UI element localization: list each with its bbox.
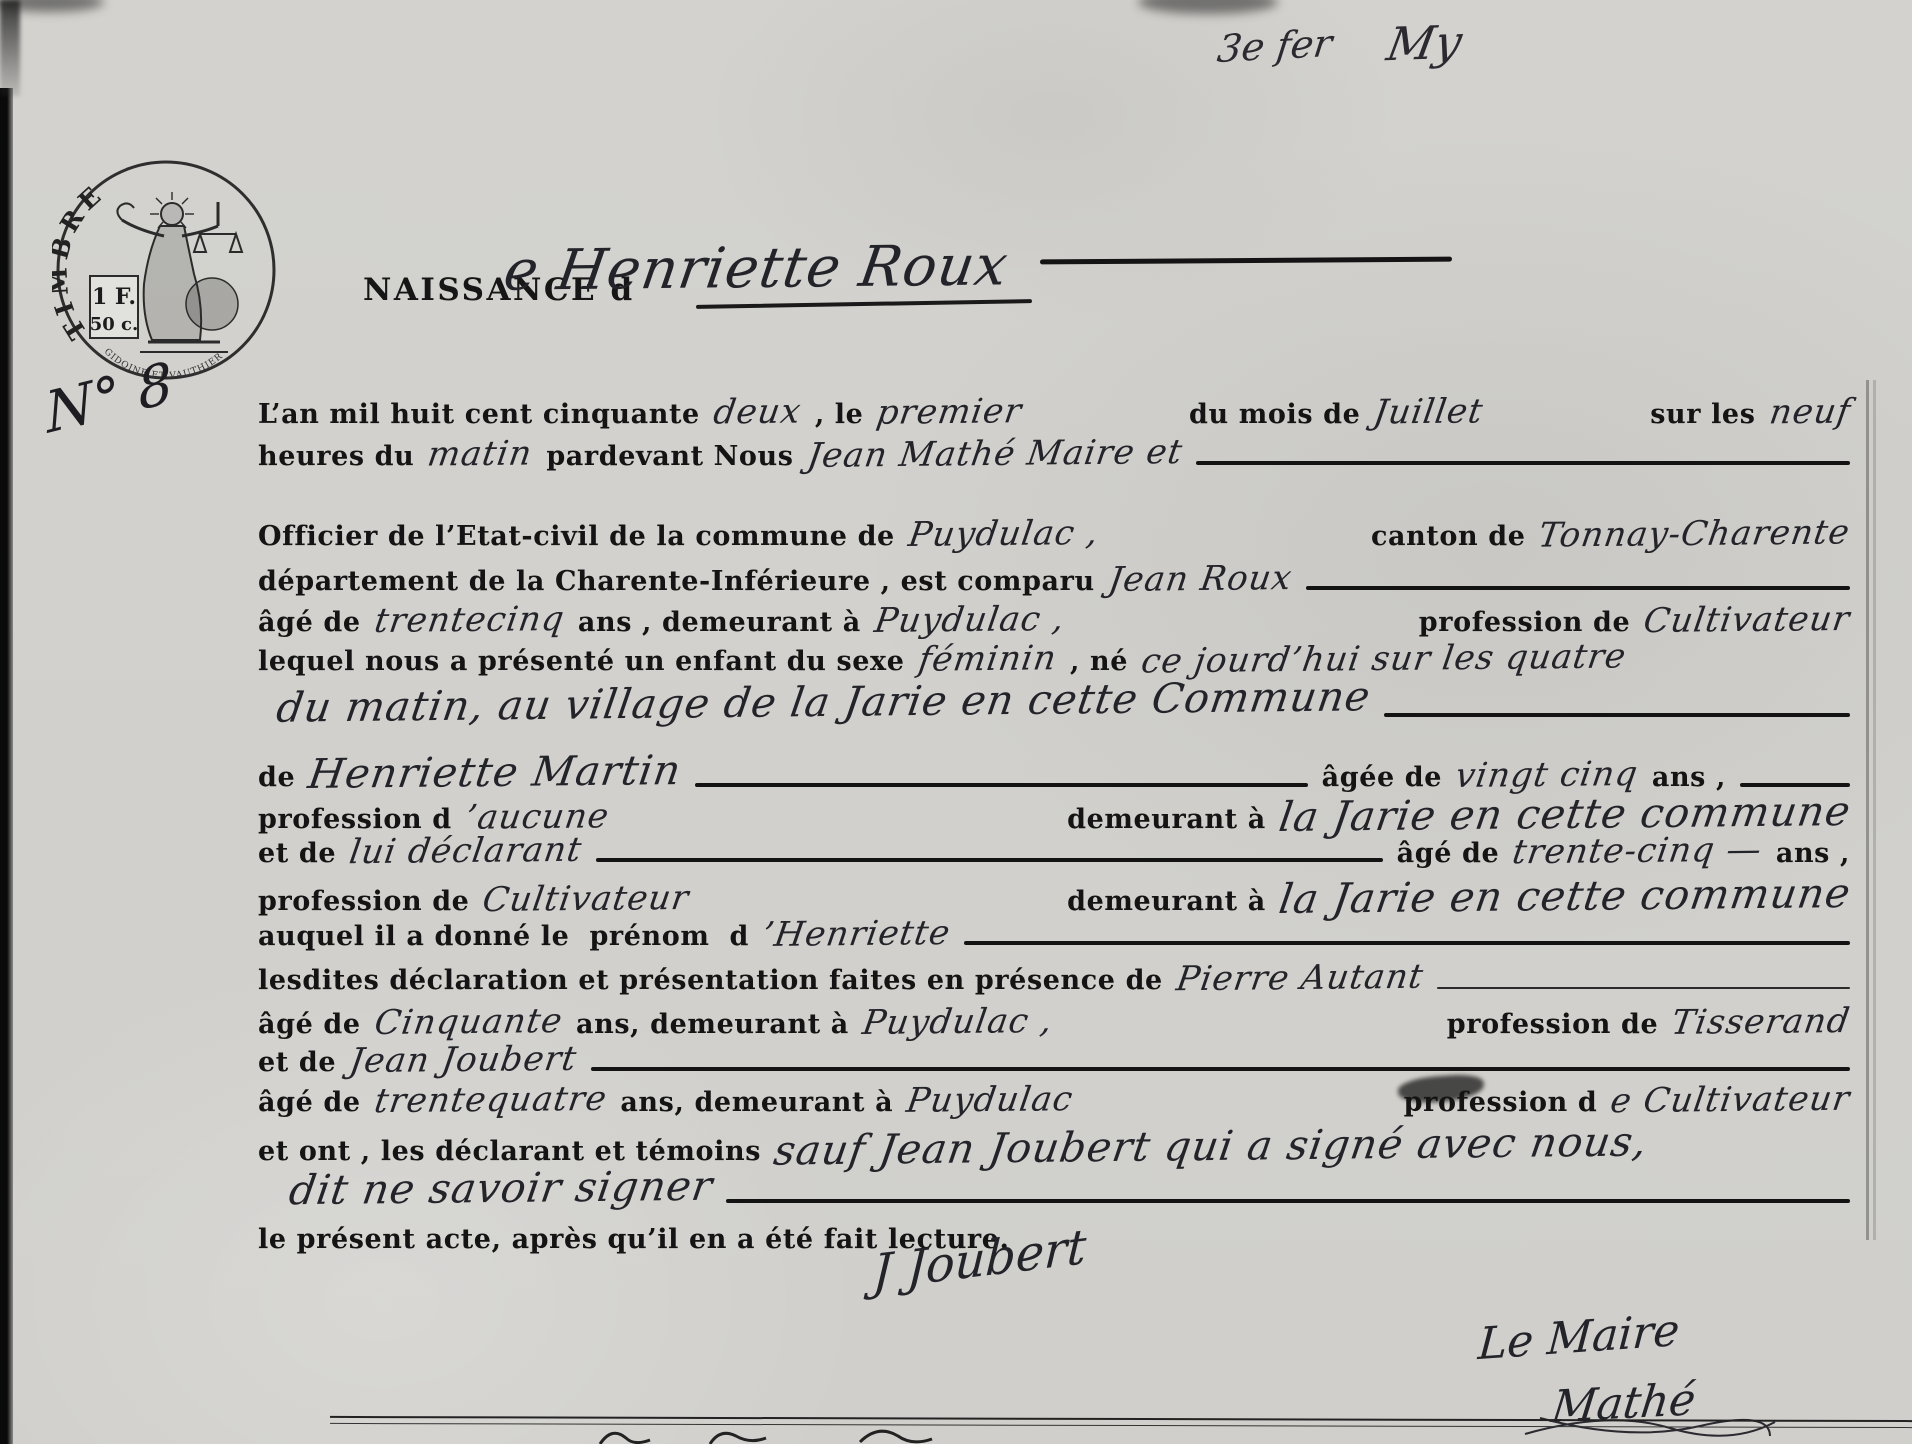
printed-text: auquel il a donné le prénom d: [258, 921, 749, 952]
handwritten-text: Puydulac ,: [906, 513, 1102, 555]
printed-text: et de: [258, 1047, 336, 1078]
printed-text: ans ,: [1776, 838, 1850, 869]
printed-text: âgé de: [1397, 838, 1500, 869]
handwritten-text: deux: [711, 392, 804, 433]
handwritten-text: Puydulac ,: [860, 1001, 1056, 1043]
handwritten-text: trentequatre: [371, 1079, 609, 1121]
printed-text: et de: [258, 838, 336, 869]
handwritten-text: Tisserand: [1669, 1001, 1853, 1043]
act-line: âgé de Cinquante ans, demeurant à Puydul…: [258, 1002, 1850, 1042]
printed-text: L’an mil huit cent cinquante: [258, 399, 700, 430]
stamp-denomination: 1 F. 50 c.: [90, 276, 139, 338]
printed-text: profession de: [258, 886, 469, 917]
margin-paraph: My: [1383, 15, 1466, 72]
act-line: et ont , les déclarant et témoins sauf J…: [258, 1122, 1850, 1170]
act-line: département de la Charente-Inférieure , …: [258, 559, 1850, 599]
ink-rule: [1306, 586, 1850, 590]
printed-text: département de la Charente-Inférieure , …: [258, 566, 1095, 597]
printed-text: profession de: [1419, 607, 1630, 638]
scan-edge-corner: [0, 0, 20, 96]
act-line: heures du matin pardevant Nous Jean Math…: [258, 434, 1850, 474]
handwritten-text: Cultivateur: [1641, 599, 1853, 641]
printed-text: lequel nous a présenté un enfant du sexe: [258, 646, 905, 677]
ink-rule: [591, 1067, 1850, 1071]
handwritten-text: dit ne savoir signer: [286, 1162, 716, 1214]
act-line: dit ne savoir signer: [290, 1164, 1850, 1212]
handwritten-text: féminin: [915, 638, 1059, 679]
act-line: et de lui déclarant âgé de trente-cinq —…: [258, 831, 1850, 871]
ink-rule: [726, 1199, 1850, 1203]
handwritten-text: matin: [425, 433, 535, 474]
printed-text: , le: [815, 399, 864, 430]
printed-text: âgé de: [258, 1009, 361, 1040]
handwritten-text: Puydulac: [904, 1079, 1076, 1121]
scan-edge-left: [0, 88, 13, 1444]
ink-rule: [1196, 461, 1850, 465]
printed-text: profession de: [1447, 1009, 1658, 1040]
handwritten-text: Pierre Autant: [1174, 957, 1427, 1000]
page-scan: TIMBRE GIDOINE ET VAUTHIER: [0, 0, 1912, 1444]
ink-rule: [1040, 257, 1452, 265]
printed-text: de: [258, 762, 295, 793]
printed-text: du mois de: [1189, 399, 1360, 430]
printed-text: pardevant Nous: [546, 441, 793, 472]
printed-text: âgé de: [258, 1087, 361, 1118]
act-line: âgé de trentecinq ans , demeurant à Puyd…: [258, 600, 1850, 640]
mayor-title: Le Maire: [1476, 1305, 1681, 1370]
printed-text: sur les: [1650, 399, 1755, 430]
handwritten-text: lui déclarant: [347, 830, 585, 872]
act-line: Officier de l’Etat-civil de la commune d…: [258, 514, 1850, 554]
scan-smudge: [1138, 0, 1278, 14]
next-act-fragment: [560, 1424, 1120, 1444]
act-line: lequel nous a présenté un enfant du sexe…: [258, 639, 1850, 679]
printed-text: canton de: [1371, 521, 1526, 552]
handwritten-text: e Cultivateur: [1608, 1079, 1853, 1121]
printed-text: âgée de: [1322, 762, 1442, 793]
printed-text: ans, demeurant à: [620, 1087, 893, 1118]
handwritten-text: Tonnay-Charente: [1536, 512, 1853, 555]
denomination-bottom: 50 c.: [90, 314, 139, 335]
handwritten-text: trentecinq: [371, 599, 567, 641]
act-line: lesdites déclaration et présentation fai…: [258, 958, 1850, 998]
printed-text: demeurant à: [1067, 886, 1266, 917]
handwritten-text: premier: [874, 391, 1025, 433]
handwritten-text: ’Henriette: [760, 913, 953, 955]
printed-text: profession d: [1404, 1087, 1598, 1118]
printed-text: Officier de l’Etat-civil de la commune d…: [258, 521, 895, 552]
printed-text: ans , demeurant à: [578, 607, 861, 638]
ink-rule: [964, 941, 1850, 945]
handwritten-text: Jean Mathé Maire et: [804, 432, 1185, 476]
handwritten-text: Puydulac ,: [872, 599, 1068, 641]
denomination-top: 1 F.: [92, 284, 136, 310]
act-line: profession de Cultivateur demeurant à la…: [258, 872, 1850, 920]
act-line: auquel il a donné le prénom d ’Henriette: [258, 914, 1850, 954]
ink-rule: [1384, 713, 1850, 717]
ink-rule: [596, 858, 1383, 862]
printed-text: lesdites déclaration et présentation fai…: [258, 965, 1163, 996]
title-name: e Henriette Roux: [500, 233, 1013, 303]
act-line: L’an mil huit cent cinquante deux , le p…: [258, 392, 1850, 432]
handwritten-text: Cinquante: [372, 1001, 566, 1043]
page-fold: [1866, 380, 1869, 1240]
act-line: âgé de trentequatre ans, demeurant à Puy…: [258, 1080, 1850, 1120]
handwritten-text: Jean Roux: [1106, 558, 1295, 600]
printed-text: ans, demeurant à: [576, 1009, 849, 1040]
printed-text: âgé de: [258, 607, 361, 638]
handwritten-text: Jean Joubert: [347, 1039, 580, 1081]
handwritten-text: neuf: [1766, 392, 1853, 433]
act-line: du matin, au village de la Jarie en cett…: [278, 678, 1850, 726]
handwritten-text: du matin, au village de la Jarie en cett…: [274, 672, 1374, 731]
ink-rule: [695, 783, 1308, 787]
printed-text: heures du: [258, 441, 414, 472]
margin-note: 3e fer: [1215, 21, 1335, 71]
handwritten-text: Juillet: [1371, 391, 1486, 432]
printed-text: , né: [1070, 646, 1128, 677]
act-line: et de Jean Joubert: [258, 1040, 1850, 1080]
ink-rule: [1437, 987, 1850, 989]
handwritten-text: trente-cinq —: [1510, 830, 1765, 873]
